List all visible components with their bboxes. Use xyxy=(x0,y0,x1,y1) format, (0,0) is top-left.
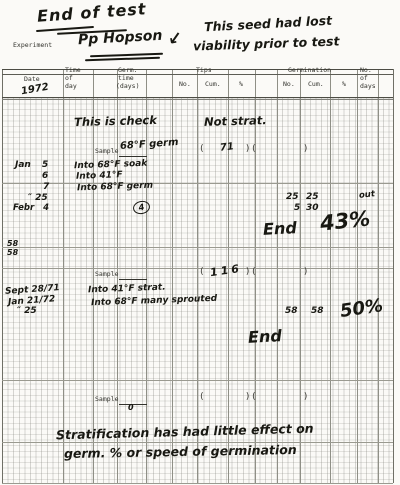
arrow-icon: ↙ xyxy=(166,28,184,50)
days-note: out xyxy=(359,189,376,201)
germ-paren-close: ) xyxy=(303,392,308,402)
end-label: End xyxy=(263,218,298,239)
col-header-germ-no: No. xyxy=(283,80,295,88)
col-header-date: Date xyxy=(24,75,40,83)
check-note: This is check xyxy=(74,113,157,129)
col-header-germ-time: time xyxy=(118,74,134,82)
row-date: ″ 25 xyxy=(28,193,48,203)
germination-no: 5 xyxy=(294,203,300,213)
germ-days-value: 4 xyxy=(138,202,146,213)
experiment-underline xyxy=(85,57,160,61)
row-entry: Into 41°F xyxy=(76,170,123,182)
col-header-time: Time xyxy=(65,66,81,74)
col-header-germ-time: (days) xyxy=(116,82,139,90)
row-date: Jan 5 xyxy=(15,160,48,170)
column-line xyxy=(393,69,394,483)
sample-blank-line xyxy=(119,279,147,280)
margin-note: 58 xyxy=(7,239,18,248)
end-of-test-note: End of test xyxy=(36,0,147,26)
germ-paren-close: ) xyxy=(303,144,308,154)
col-header-tips-pct: % xyxy=(239,80,243,88)
column-line xyxy=(172,69,173,483)
germ-paren-close: ) xyxy=(303,267,308,277)
row-date: ″ 25 xyxy=(17,306,37,316)
viability-note-line2: viability prior to test xyxy=(193,33,340,53)
experiment-label: Experiment xyxy=(13,41,52,49)
experiment-value: Pp Hopson xyxy=(78,28,163,48)
germ-paren-open: ( xyxy=(251,392,256,402)
viability-note-line1: This seed had lost xyxy=(204,13,333,35)
tips-paren-close: ) xyxy=(245,144,250,154)
header-bottom-rule xyxy=(2,97,393,98)
tips-paren-open: ( xyxy=(199,144,204,154)
tips-paren-open: ( xyxy=(199,267,204,277)
year-note: 1972 xyxy=(20,82,49,98)
end-label: End xyxy=(248,326,283,347)
section-rule xyxy=(2,268,393,269)
column-line xyxy=(2,69,3,483)
germination-cum: 58 xyxy=(311,306,324,316)
column-line xyxy=(197,69,198,483)
col-header-days: No. xyxy=(360,66,372,74)
col-header-tips-no: No. xyxy=(179,80,191,88)
row-date: 6 xyxy=(42,171,48,181)
header-group-rule xyxy=(2,74,393,75)
germination-no: 58 xyxy=(285,306,298,316)
column-line xyxy=(378,69,379,483)
scanned-lab-form: End of test This seed had lost viability… xyxy=(0,0,400,485)
col-header-time: day xyxy=(65,82,77,90)
row-date: 7 xyxy=(43,182,49,192)
germination-cum: 25 xyxy=(306,192,319,202)
group-header-germination: Germination xyxy=(288,66,331,74)
tips-count: 71 xyxy=(219,141,234,153)
group-header-tips: Tips xyxy=(196,66,212,74)
column-line xyxy=(93,69,94,483)
tips-paren-close: ) xyxy=(245,267,250,277)
section-rule xyxy=(2,247,393,248)
col-header-germ-pct: % xyxy=(342,80,346,88)
col-header-days: of xyxy=(360,74,368,82)
column-line xyxy=(330,69,331,483)
column-line xyxy=(63,69,64,483)
col-header-germ-time: Germ. xyxy=(118,66,138,74)
row-date: Febr 4 xyxy=(13,203,49,213)
check-note: Not strat. xyxy=(204,113,267,129)
col-header-tips-cum: Cum. xyxy=(205,80,221,88)
col-header-germ-cum: Cum. xyxy=(308,80,324,88)
sample-label: Sample xyxy=(95,270,118,278)
sample-value: 0 xyxy=(128,403,134,412)
col-header-time: of xyxy=(65,74,73,82)
header-bottom-rule xyxy=(2,99,393,100)
sample-label: Sample xyxy=(95,395,118,403)
column-line xyxy=(146,69,147,483)
germ-paren-open: ( xyxy=(251,144,256,154)
section-rule xyxy=(2,183,393,184)
sample-blank-line xyxy=(119,156,147,157)
section-rule xyxy=(2,380,393,381)
sample-label: Sample xyxy=(95,147,118,155)
germination-no: 25 xyxy=(286,192,299,202)
germination-cum: 30 xyxy=(306,203,319,213)
table-bottom-rule xyxy=(2,483,393,484)
col-header-days: days xyxy=(360,82,376,90)
column-line xyxy=(357,69,358,483)
tips-paren-open: ( xyxy=(199,392,204,402)
tips-paren-close: ) xyxy=(245,392,250,402)
margin-note: 58 xyxy=(7,248,18,257)
germ-paren-open: ( xyxy=(251,267,256,277)
